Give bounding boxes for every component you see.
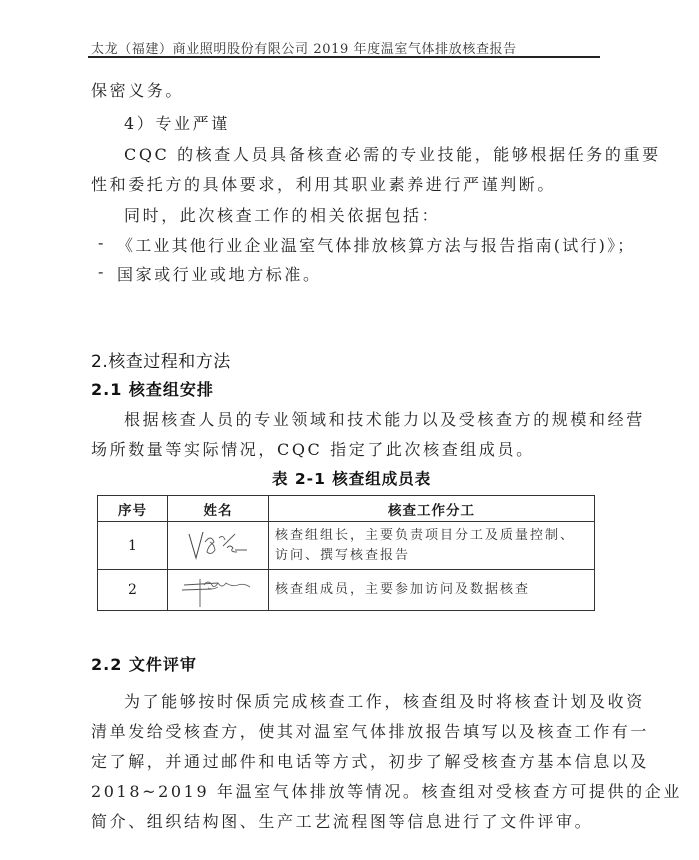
subsection-heading: 2.1 核查组安排 [91, 377, 214, 400]
section-heading: 2.核查过程和方法 [91, 347, 231, 372]
signature-cell [168, 570, 269, 611]
list-item: 国家或行业或地方标准。 [117, 262, 322, 285]
duty-description: 核查组组长，主要负责项目分工及质量控制、访问、撰写核查报告 [269, 522, 595, 570]
column-header: 核查工作分工 [269, 496, 595, 522]
signature-cell [168, 522, 269, 570]
column-header: 序号 [98, 496, 168, 522]
signature-image [183, 528, 253, 564]
paragraph-text: 保密义务。 [91, 78, 184, 101]
table-caption: 表 2-1 核查组成员表 [272, 467, 431, 489]
list-bullet: - [98, 233, 106, 252]
paragraph-text: 简介、组织结构图、生产工艺流程图等信息进行了文件评审。 [91, 809, 593, 832]
row-number: 1 [98, 522, 168, 570]
running-header: 太龙（福建）商业照明股份有限公司 2019 年度温室气体排放核查报告 [91, 38, 517, 57]
subsection-heading: 2.2 文件评审 [91, 652, 197, 675]
table-row: 1 核查组组长，主要负责项目分工及质量控制、访问、撰写核查报告 [98, 522, 595, 570]
paragraph-text: 性和委托方的具体要求，利用其职业素养进行严谨判断。 [91, 172, 556, 195]
members-table: 序号 姓名 核查工作分工 1 核查组组长，主要负责项目分工及质量控制、访问、撰写… [97, 495, 595, 611]
paragraph-text: 根据核查人员的专业领域和技术能力以及受核查方的规模和经营 [124, 407, 645, 430]
paragraph-text: 为了能够按时保质完成核查工作，核查组及时将核查计划及收资 [124, 689, 645, 712]
header-divider [88, 56, 600, 58]
paragraph-text: CQC 的核查人员具备核查必需的专业技能，能够根据任务的重要 [124, 142, 661, 165]
column-header: 姓名 [168, 496, 269, 522]
table-header-row: 序号 姓名 核查工作分工 [98, 496, 595, 522]
row-number: 2 [98, 570, 168, 611]
item-title: 4）专业严谨 [124, 111, 230, 134]
table-row: 2 核查组成员，主要参加访问及数据核查 [98, 570, 595, 611]
paragraph-text: 2018~2019 年温室气体排放等情况。核查组对受核查方可提供的企业 [91, 779, 682, 802]
list-bullet: - [98, 262, 106, 281]
duty-description: 核查组成员，主要参加访问及数据核查 [269, 570, 595, 611]
paragraph-text: 定了解，并通过邮件和电话等方式，初步了解受核查方基本信息以及 [91, 749, 649, 772]
paragraph-text: 同时，此次核查工作的相关依据包括： [124, 203, 440, 226]
paragraph-text: 清单发给受核查方，使其对温室气体排放报告填写以及核查工作有一 [91, 719, 649, 742]
paragraph-text: 场所数量等实际情况，CQC 指定了此次核查组成员。 [91, 437, 535, 460]
list-item: 《工业其他行业企业温室气体排放核算方法与报告指南(试行)》； [117, 233, 636, 256]
signature-image [178, 573, 258, 607]
